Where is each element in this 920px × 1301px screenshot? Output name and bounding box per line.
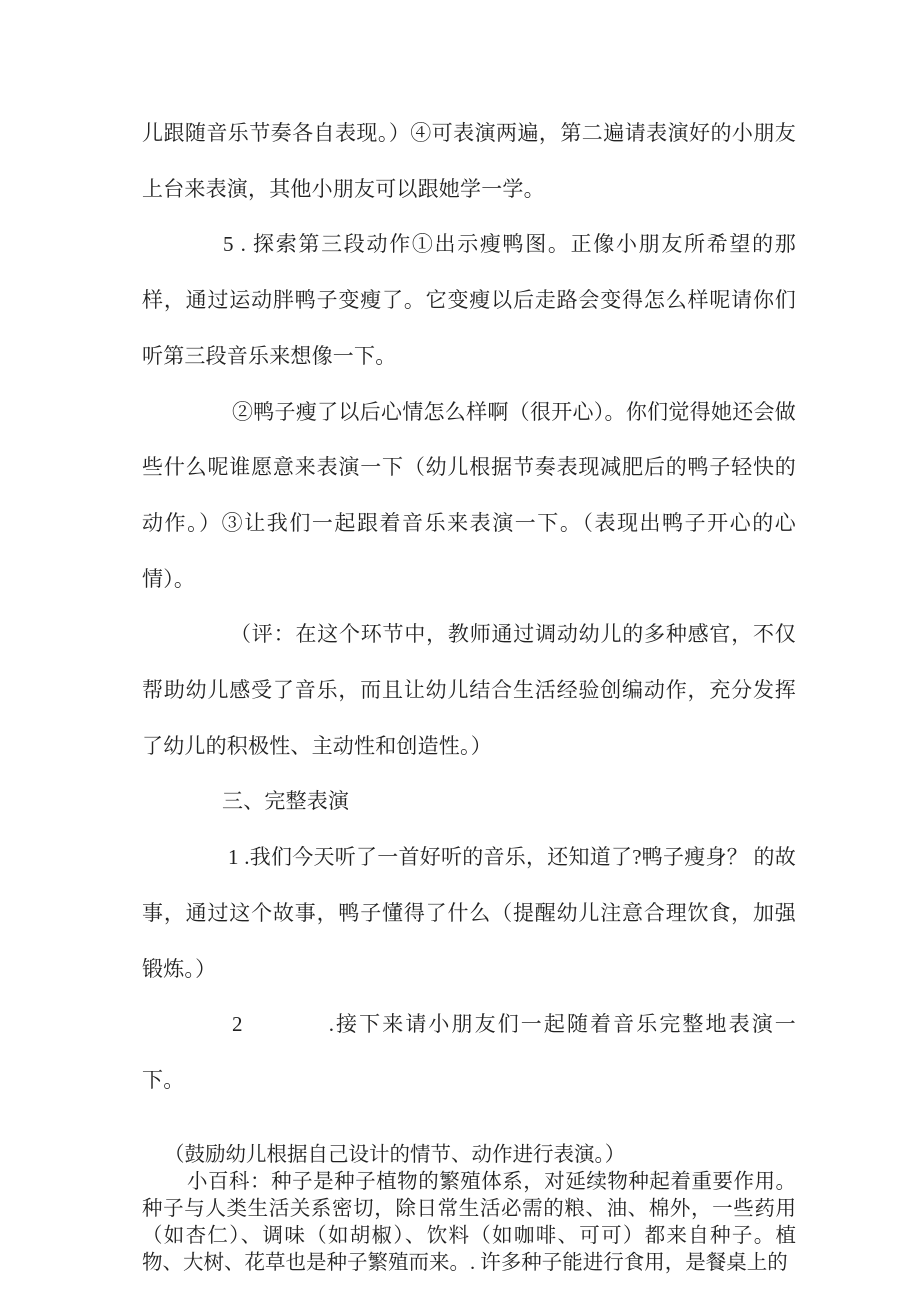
lesson-plan-section: 儿跟随音乐节奏各自表现。）④可表演两遍，第二遍请表演好的小朋友上台来表演，其他小…: [142, 106, 796, 1109]
document-page: 儿跟随音乐节奏各自表现。）④可表演两遍，第二遍请表演好的小朋友上台来表演，其他小…: [0, 0, 920, 1301]
paragraph-item1: 1 .我们今天听了一首好听的音乐，还知道了?鸭子瘦身？ 的故事，通过这个故事，鸭…: [142, 830, 796, 997]
paragraph-continuation: 儿跟随音乐节奏各自表现。）④可表演两遍，第二遍请表演好的小朋友上台来表演，其他小…: [142, 106, 796, 217]
paragraph-item2: 2.接下来请小朋友们一起随着音乐完整地表演一下。: [142, 997, 796, 1108]
paragraph-encyclopedia: 小百科：种子是种子植物的繁殖体系，对延续物种起着重要作用。种子与人类生活关系密切…: [142, 1169, 796, 1278]
paragraph-step5: 5 . 探索第三段动作①出示瘦鸭图。正像小朋友所希望的那样，通过运动胖鸭子变瘦了…: [142, 217, 796, 384]
text-block: 儿跟随音乐节奏各自表现。）④可表演两遍，第二遍请表演好的小朋友上台来表演，其他小…: [142, 106, 796, 1278]
paragraph-circle2: ②鸭子瘦了以后心情怎么样啊（很开心）。你们觉得她还会做些什么呢谁愿意来表演一下（…: [142, 385, 796, 608]
encyclopedia-section: （鼓励幼儿根据自己设计的情节、动作进行表演。） 小百科：种子是种子植物的繁殖体系…: [142, 1142, 796, 1278]
paragraph-encourage-note: （鼓励幼儿根据自己设计的情节、动作进行表演。）: [142, 1142, 796, 1169]
paragraph-teacher-comment: （评：在这个环节中，教师通过调动幼儿的多种感官，不仅帮助幼儿感受了音乐，而且让幼…: [142, 607, 796, 774]
item2-number: 2: [232, 1012, 243, 1036]
heading-section-three: 三、完整表演: [142, 774, 796, 830]
